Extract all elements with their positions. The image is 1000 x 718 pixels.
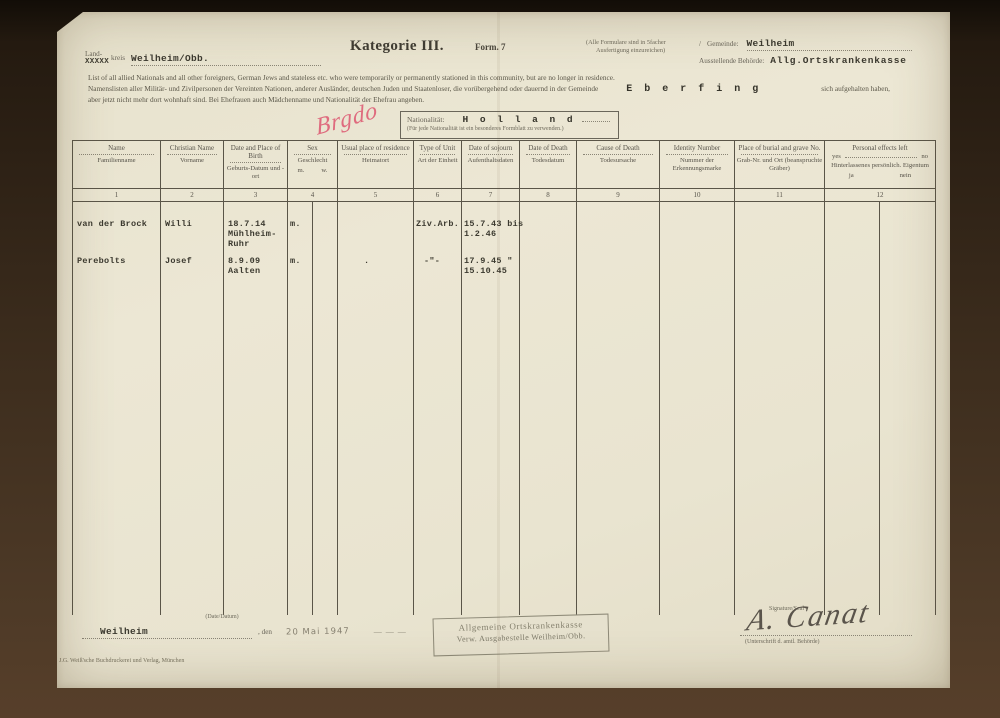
col-christian-name-de: Vorname — [162, 157, 222, 165]
row1-identity — [662, 202, 732, 256]
col-birth-en: Date and Place of Birth — [225, 144, 286, 160]
nationality-value: H o l l a n d — [463, 114, 576, 125]
form-number: Form. 7 — [475, 42, 506, 52]
persons-table: Name Familienname Christian Name Vorname… — [72, 140, 936, 615]
gemeinde-block: / Gemeinde: Weilheim — [699, 38, 912, 51]
cell-effects-no — [880, 202, 936, 615]
row1-sex-w — [315, 202, 335, 256]
col-burial-de: Grab-Nr. und Ort (beanspruchte Gräber) — [736, 157, 823, 172]
col-sojourn-en: Date of sojourn — [463, 144, 518, 152]
col-death-date: Date of Death Todesdatum — [520, 141, 577, 189]
row1-death-date — [522, 202, 574, 256]
col-residence-de: Heimatort — [339, 157, 412, 165]
col-death-cause: Cause of Death Todesursache — [577, 141, 660, 189]
col-burial: Place of burial and grave No. Grab-Nr. u… — [735, 141, 825, 189]
col-num-4: 4 — [288, 189, 338, 202]
place-value: Weilheim — [82, 626, 252, 639]
slash-mark: / — [699, 40, 701, 48]
col-death-date-en: Date of Death — [521, 144, 575, 152]
date-datum-label: (Date/Datum) — [177, 614, 267, 620]
col-num-10: 10 — [660, 189, 735, 202]
col-christian-name: Christian Name Vorname — [161, 141, 224, 189]
intro-line2: Namenslisten aller Militär- und Zivilper… — [88, 84, 945, 96]
date-stamp: 20 Mai 1947 — [286, 626, 350, 637]
intro-line2-post: sich aufgehalten haben, — [821, 84, 890, 95]
col-sex-m: m. — [298, 167, 305, 174]
cell-sojourn: 15.7.43 bis 1.2.46 17.9.45 " 15.10.45 — [462, 202, 520, 615]
row1-effects-no — [882, 202, 933, 256]
landkreis-label-bottom: kreis — [111, 54, 125, 62]
landkreis-strikeout: XXXXX — [85, 58, 109, 66]
col-effects-yes: yes — [832, 153, 841, 160]
col-residence-en: Usual place of residence — [339, 144, 412, 152]
col-birth-de: Geburts-Datum und -ort — [225, 165, 286, 180]
col-effects-no: no — [921, 153, 928, 160]
row1-birth: 18.7.14 Mühlheim- Ruhr — [226, 202, 285, 256]
col-effects-ja: ja — [849, 172, 854, 179]
col-sex: Sex Geschlecht m.w. — [288, 141, 338, 189]
gemeinde-value: Weilheim — [747, 38, 912, 51]
col-death-date-de: Todesdatum — [521, 157, 575, 165]
intro-line1: List of all allied Nationals and all oth… — [88, 73, 945, 84]
row2-firstname: Josef — [163, 256, 221, 266]
col-name-en: Name — [74, 144, 159, 152]
nationality-box: Nationalität: H o l l a n d (Für jede Na… — [400, 111, 619, 139]
col-sojourn: Date of sojourn Aufenthaltsdaten — [462, 141, 520, 189]
col-sex-en: Sex — [289, 144, 336, 152]
den-label: , den — [258, 628, 272, 636]
paper-fold — [497, 12, 500, 688]
signature-sub-label: (Unterschrift d. amtl. Behörde) — [745, 639, 819, 645]
col-num-9: 9 — [577, 189, 660, 202]
cell-effects-yes — [825, 202, 880, 615]
cell-burial — [735, 202, 825, 615]
intro-place-typed: E b e r f i n g — [626, 85, 761, 96]
row2-unit: -"- — [416, 256, 459, 266]
col-sojourn-de: Aufenthaltsdaten — [463, 157, 518, 165]
col-christian-name-en: Christian Name — [162, 144, 222, 152]
col-unit: Type of Unit Art der Einheit — [414, 141, 462, 189]
row1-burial — [737, 202, 822, 256]
row1-sojourn: 15.7.43 bis 1.2.46 — [464, 202, 517, 256]
cell-death-date — [520, 202, 577, 615]
col-identity-de: Nummer der Erkennungsmarke — [661, 157, 733, 172]
col-num-8: 8 — [520, 189, 577, 202]
intro-line2-pre: Namenslisten aller Militär- und Zivilper… — [88, 84, 598, 95]
col-num-6: 6 — [414, 189, 462, 202]
col-effects-de: Hinterlassenes persönlich. Eigentum — [826, 162, 934, 170]
behoerde-block: Ausstellende Behörde: Allg.Ortskrankenka… — [699, 55, 907, 66]
cell-sex-w — [313, 202, 338, 615]
cell-firstname: Willi Josef — [161, 202, 224, 615]
intro-line3: aber jetzt nicht mehr dort wohnhaft sind… — [88, 95, 945, 106]
printer-imprint: J.G. Weiß'sche Buchdruckerei und Verlag,… — [59, 658, 184, 664]
scanned-document: Land- XXXXX kreis Weilheim/Obb. Kategori… — [57, 12, 950, 688]
col-effects-en: Personal effects left — [826, 144, 934, 152]
col-num-3: 3 — [224, 189, 288, 202]
col-sex-w: w. — [321, 167, 327, 174]
nationality-note: (Für jede Nationalität ist ein besondere… — [407, 126, 612, 132]
row1-unit: Ziv.Arb. — [416, 202, 459, 256]
col-num-11: 11 — [735, 189, 825, 202]
col-name: Name Familienname — [73, 141, 161, 189]
table-header-row: Name Familienname Christian Name Vorname… — [73, 141, 936, 189]
col-num-5: 5 — [338, 189, 414, 202]
col-residence: Usual place of residence Heimatort — [338, 141, 414, 189]
place-date-line: Weilheim , den 20 Mai 1947 — — — — [82, 626, 407, 639]
col-birth: Date and Place of Birth Geburts-Datum un… — [224, 141, 288, 189]
cell-sex-m: m. m. — [288, 202, 313, 615]
col-num-12: 12 — [825, 189, 936, 202]
nationality-label: Nationalität: — [407, 115, 445, 124]
col-num-1: 1 — [73, 189, 161, 202]
cell-residence: . — [338, 202, 414, 615]
row2-sex-m: m. — [290, 256, 310, 266]
cell-surname: van der Brock Perebolts — [73, 202, 161, 615]
row2-sojourn: 17.9.45 " 15.10.45 — [464, 256, 517, 276]
col-burial-en: Place of burial and grave No. — [736, 144, 823, 152]
row2-birth: 8.9.09 Aalten — [226, 256, 285, 276]
cell-unit: Ziv.Arb. -"- — [414, 202, 462, 615]
intro-paragraph: List of all allied Nationals and all oth… — [88, 73, 945, 106]
row1-residence — [340, 202, 411, 256]
col-identity-en: Identity Number — [661, 144, 733, 152]
col-num-2: 2 — [161, 189, 224, 202]
col-num-7: 7 — [462, 189, 520, 202]
cell-identity — [660, 202, 735, 615]
row1-surname: van der Brock — [75, 202, 158, 256]
table-data-area: van der Brock Perebolts Willi Josef 18.7… — [73, 202, 936, 615]
row1-firstname: Willi — [163, 202, 221, 256]
behoerde-label: Ausstellende Behörde: — [699, 57, 764, 65]
dash-filler: — — — — [374, 627, 407, 636]
row1-death-cause — [579, 202, 657, 256]
row2-residence: . — [340, 256, 411, 266]
col-unit-en: Type of Unit — [415, 144, 460, 152]
row2-surname: Perebolts — [75, 256, 158, 266]
col-sex-de: Geschlecht — [289, 157, 336, 165]
cell-birth: 18.7.14 Mühlheim- Ruhr 8.9.09 Aalten — [224, 202, 288, 615]
column-numbers-row: 1 2 3 4 5 6 7 8 9 10 11 12 — [73, 189, 936, 202]
signature-line — [740, 635, 912, 636]
row1-effects-yes — [827, 202, 877, 256]
col-effects: Personal effects left yesno Hinterlassen… — [825, 141, 936, 189]
landkreis-label-top: Land- — [85, 50, 109, 58]
col-death-cause-de: Todesursache — [578, 157, 658, 165]
col-unit-de: Art der Einheit — [415, 157, 460, 165]
gemeinde-label: Gemeinde: — [707, 40, 739, 48]
col-name-de: Familienname — [74, 157, 159, 165]
nationality-dotted-fill — [582, 121, 610, 122]
office-stamp: Allgemeine Ortskrankenkasse Verw. Ausgab… — [433, 614, 610, 657]
cell-death-cause — [577, 202, 660, 615]
behoerde-value: Allg.Ortskrankenkasse — [770, 55, 907, 66]
col-identity: Identity Number Nummer der Erkennungsmar… — [660, 141, 735, 189]
col-effects-nein: nein — [900, 172, 912, 179]
row1-sex-m: m. — [290, 202, 310, 256]
col-death-cause-en: Cause of Death — [578, 144, 658, 152]
